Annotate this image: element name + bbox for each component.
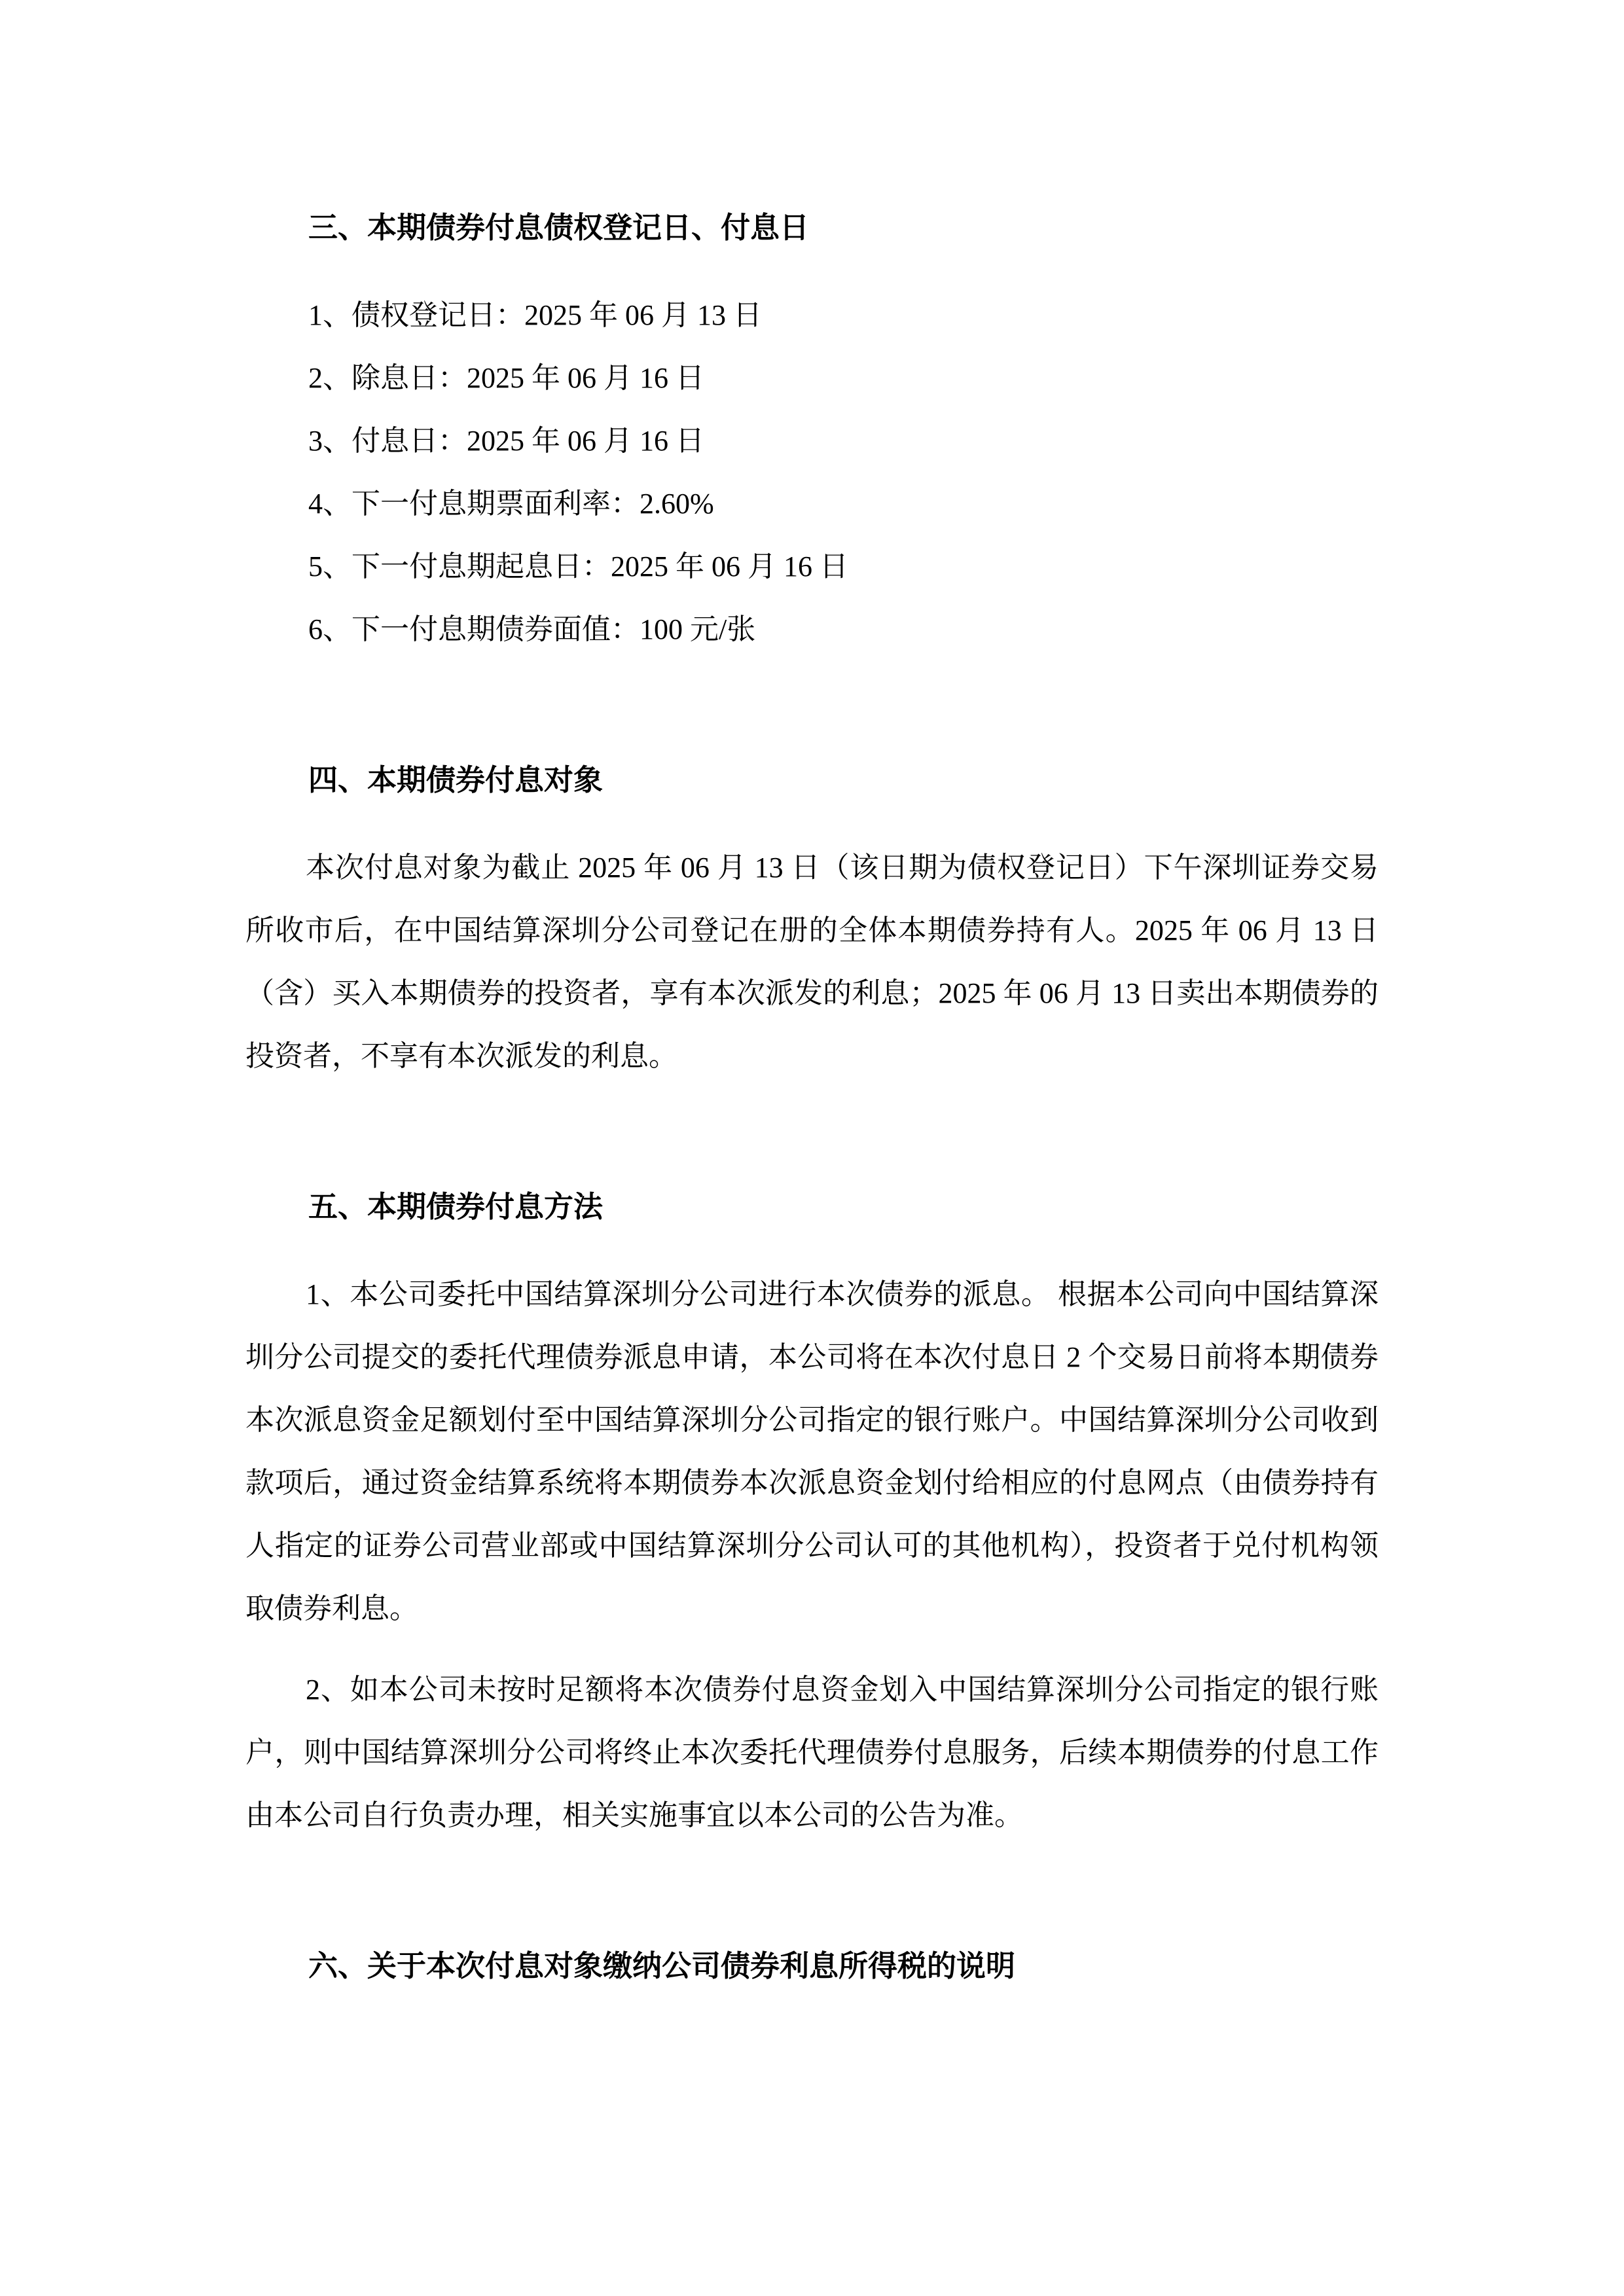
section-6-heading: 六、关于本次付息对象缴纳公司债券利息所得税的说明 — [245, 1935, 1379, 1998]
document-page: 三、本期债券付息债权登记日、付息日 1、债权登记日：2025 年 06 月 13… — [0, 0, 1624, 2296]
section-5-paragraph-2: 2、如本公司未按时足额将本次债券付息资金划入中国结算深圳分公司指定的银行账户，则… — [245, 1659, 1379, 1847]
section-4-paragraph: 本次付息对象为截止 2025 年 06 月 13 日（该日期为债权登记日）下午深… — [245, 836, 1379, 1088]
section-3-item-3: 3、付息日：2025 年 06 月 16 日 — [245, 410, 1379, 473]
section-3-item-2: 2、除息日：2025 年 06 月 16 日 — [245, 347, 1379, 410]
section-3-heading: 三、本期债券付息债权登记日、付息日 — [245, 196, 1379, 259]
section-3-item-1: 1、债权登记日：2025 年 06 月 13 日 — [245, 284, 1379, 347]
section-5-heading: 五、本期债券付息方法 — [245, 1175, 1379, 1238]
section-3-item-4: 4、下一付息期票面利率：2.60% — [245, 473, 1379, 535]
section-5-paragraph-1: 1、本公司委托中国结算深圳分公司进行本次债券的派息。 根据本公司向中国结算深圳分… — [245, 1263, 1379, 1640]
section-3-item-6: 6、下一付息期债券面值：100 元/张 — [245, 598, 1379, 661]
section-4-heading: 四、本期债券付息对象 — [245, 749, 1379, 812]
section-3-item-5: 5、下一付息期起息日：2025 年 06 月 16 日 — [245, 535, 1379, 598]
document-content: 三、本期债券付息债权登记日、付息日 1、债权登记日：2025 年 06 月 13… — [245, 196, 1379, 2022]
